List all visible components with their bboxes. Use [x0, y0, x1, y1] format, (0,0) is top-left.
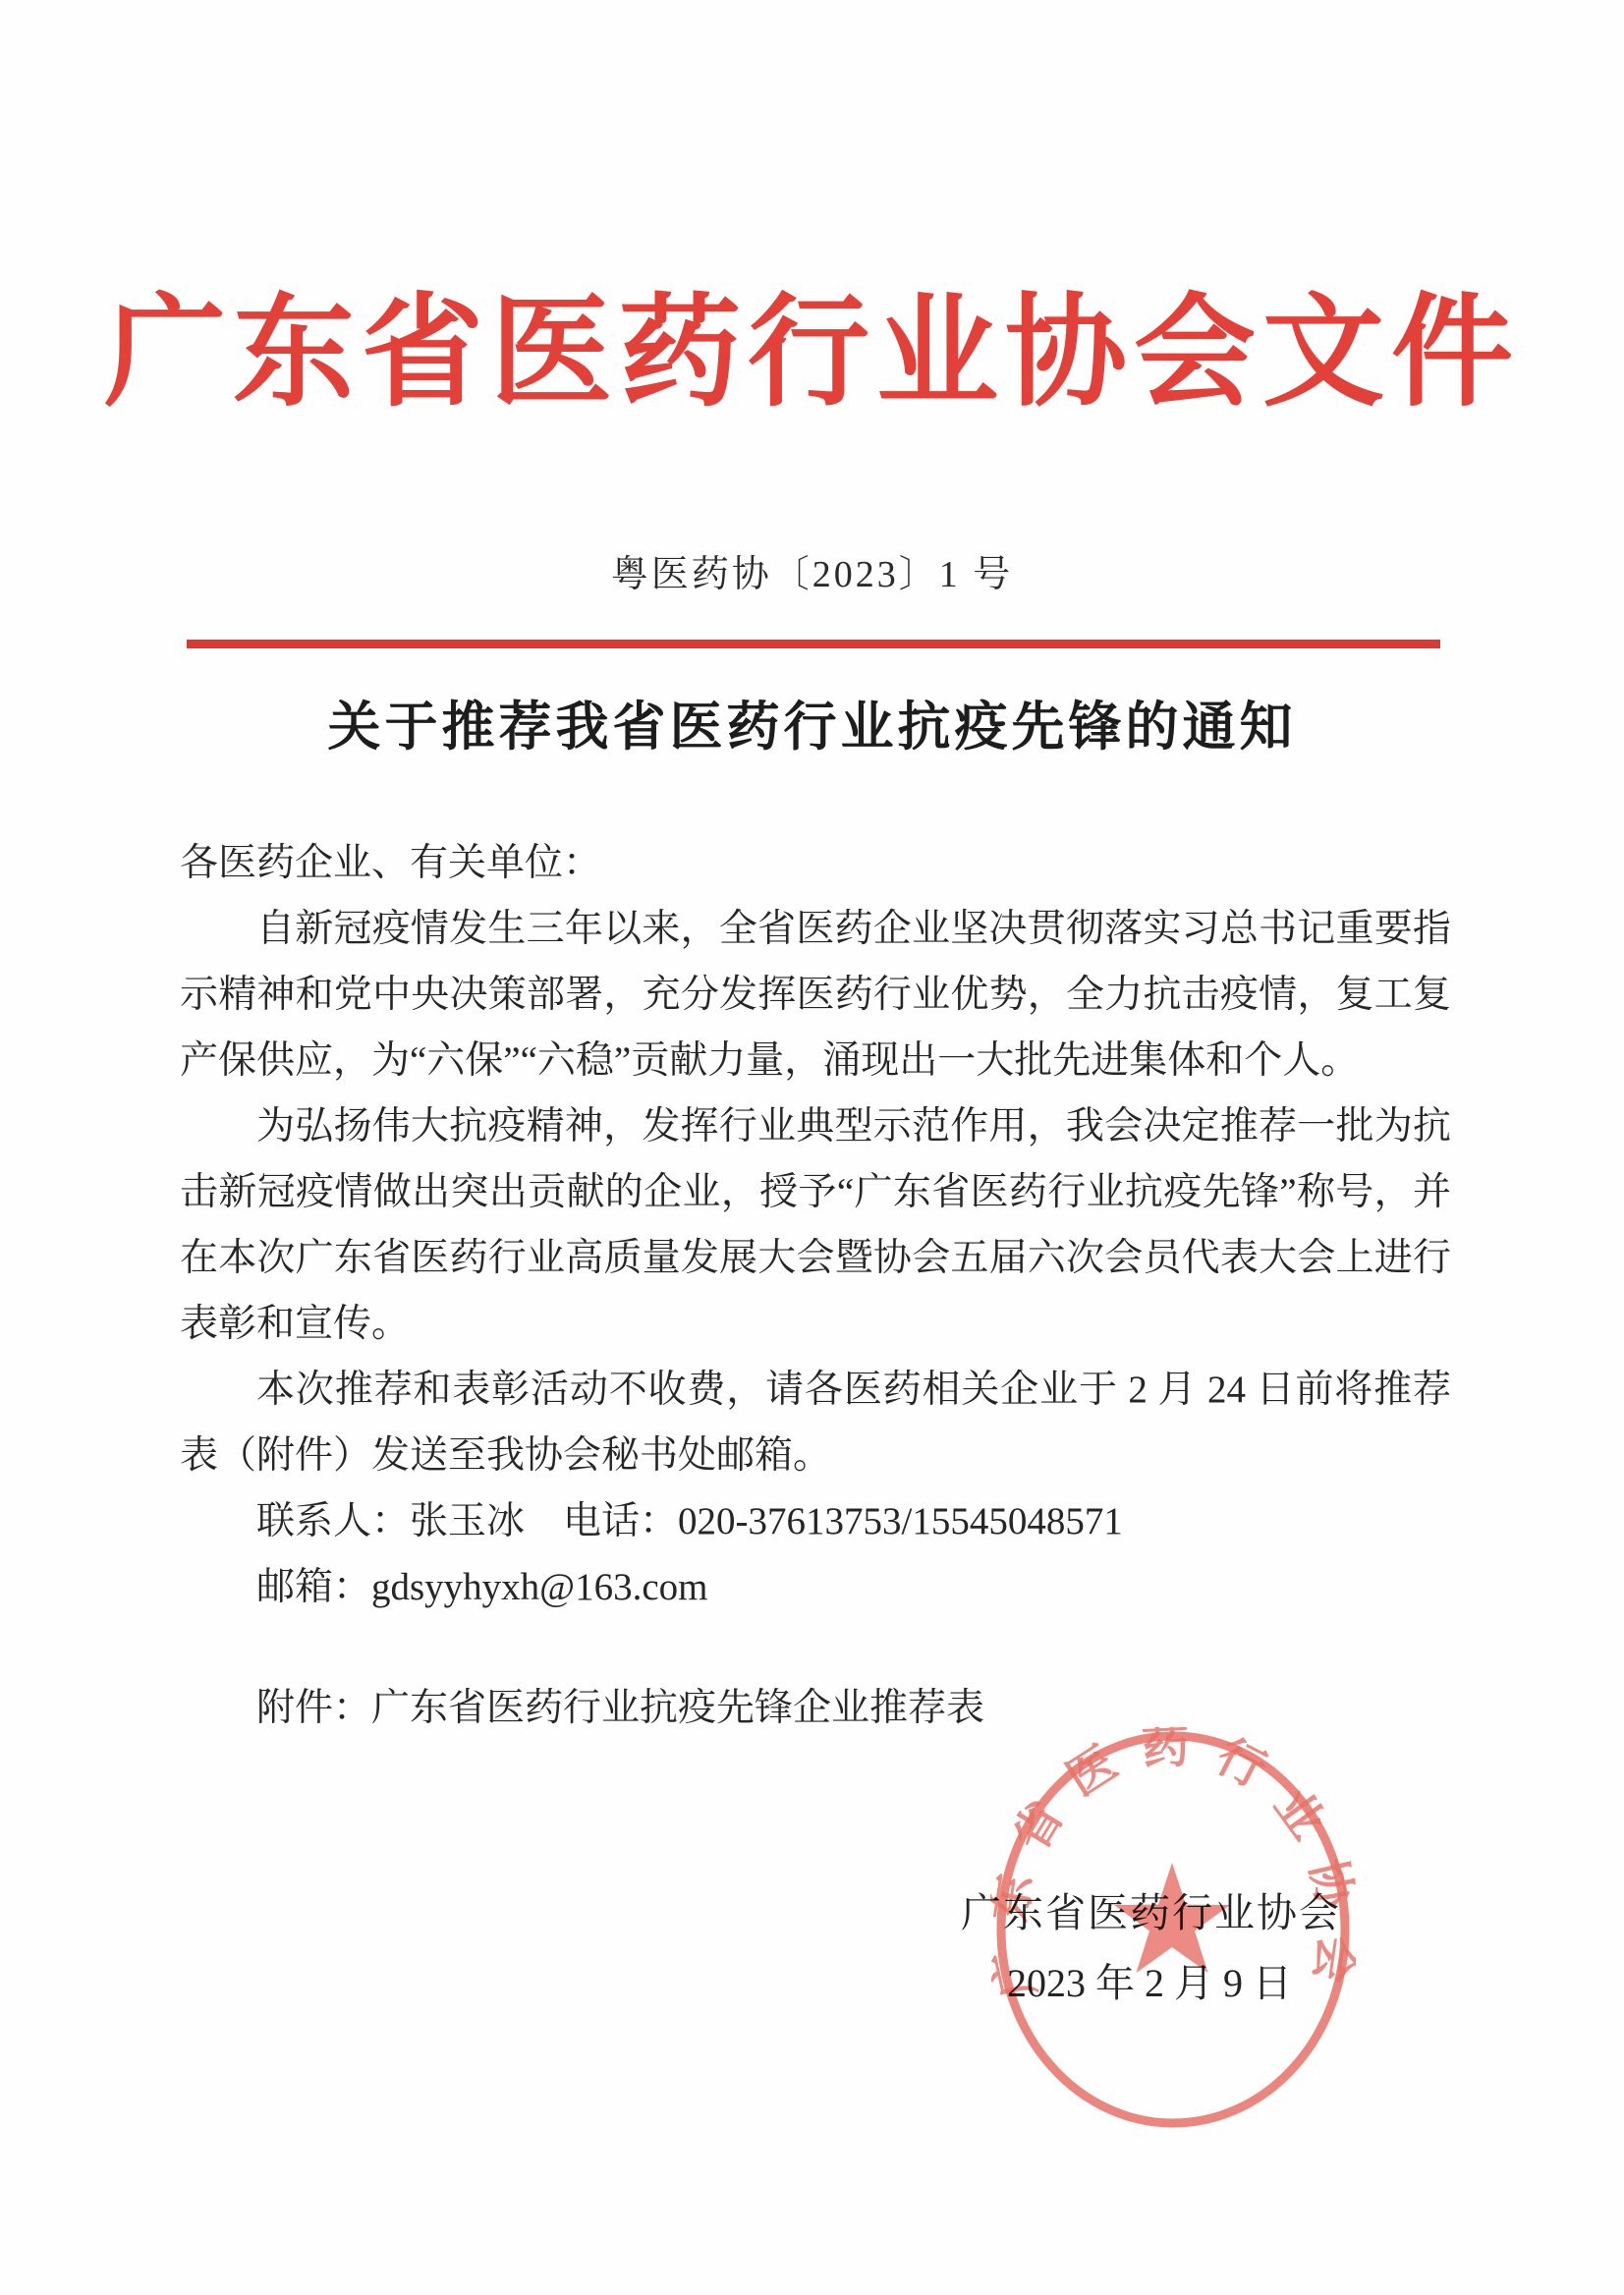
- notice-title: 关于推荐我省医药行业抗疫先锋的通知: [0, 685, 1624, 760]
- salutation-line: 各医药企业、有关单位：: [180, 830, 1451, 896]
- body-paragraph-1: 自新冠疫情发生三年以来，全省医药企业坚决贯彻落实习总书记重要指示精神和党中央决策…: [180, 896, 1451, 1093]
- red-divider-line: [187, 640, 1440, 648]
- signature-organization: 广东省医药行业协会: [961, 1890, 1338, 1935]
- email-line: 邮箱：gdsyyhyxh@163.com: [180, 1554, 1451, 1620]
- body-paragraph-2: 为弘扬伟大抗疫精神，发挥行业典型示范作用，我会决定推荐一批为抗击新冠疫情做出突出…: [180, 1093, 1451, 1357]
- document-number: 粤医药协〔2023〕1 号: [0, 543, 1624, 597]
- letterhead-title: 广东省医药行业协会文件: [0, 277, 1624, 429]
- contact-line: 联系人：张玉冰 电话：020-37613753/15545048571: [180, 1488, 1451, 1554]
- notice-body: 各医药企业、有关单位： 自新冠疫情发生三年以来，全省医药企业坚决贯彻落实习总书记…: [180, 830, 1451, 1741]
- signature-block: 广东省医药行业协会 2023 年 2 月 9 日: [961, 1890, 1338, 2005]
- document-page: 广东省医药行业协会文件 粤医药协〔2023〕1 号 关于推荐我省医药行业抗疫先锋…: [0, 0, 1624, 2295]
- body-paragraph-3: 本次推荐和表彰活动不收费，请各医药相关企业于 2 月 24 日前将推荐表（附件）…: [180, 1357, 1451, 1488]
- signature-date: 2023 年 2 月 9 日: [961, 1962, 1338, 2005]
- attachment-line: 附件：广东省医药行业抗疫先锋企业推荐表: [180, 1675, 1451, 1741]
